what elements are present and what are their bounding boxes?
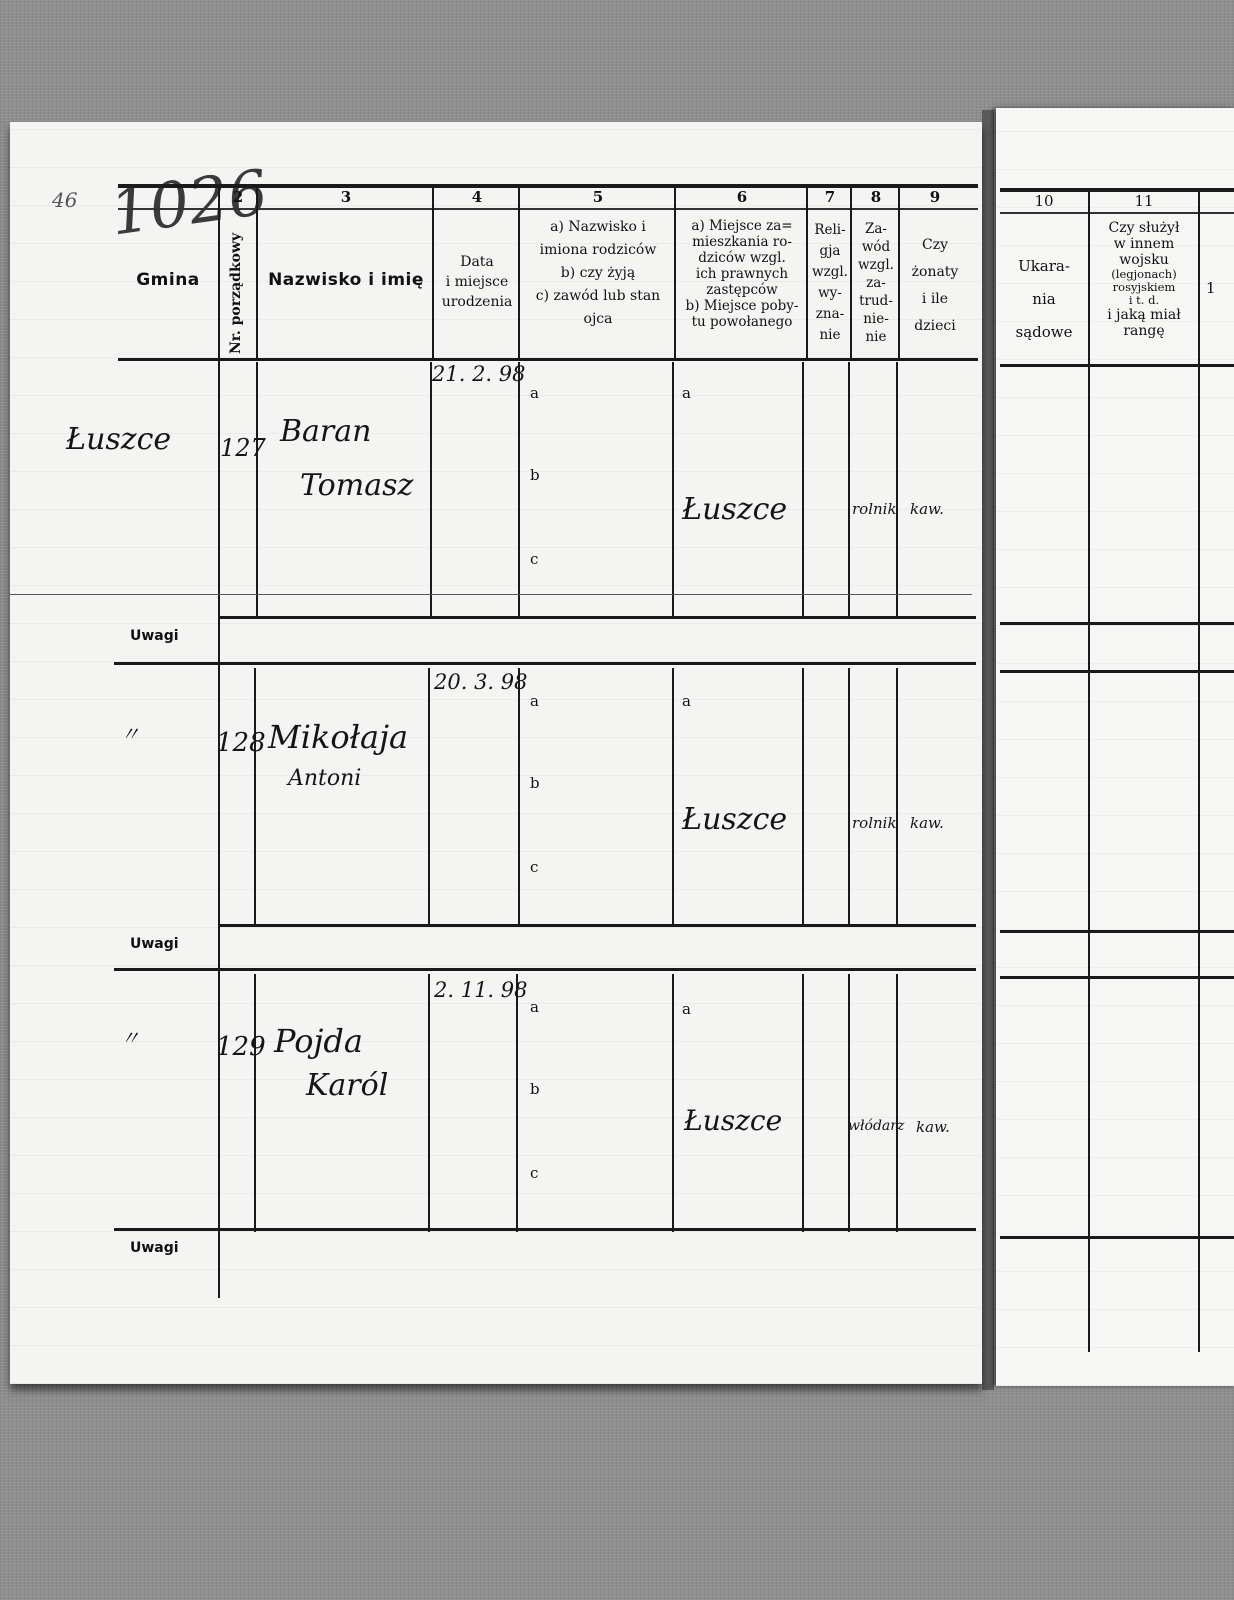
entry-residence-b: Łuszce [682,802,787,837]
col-number-4: 4 [434,188,520,206]
gmina-divider [218,358,220,1298]
entry-birth-date: 21. 2. 98 [432,362,526,386]
header-residence-line: b) Miejsce poby- [676,298,808,314]
entry-given-name: Tomasz [300,468,413,503]
header-birth-line: Data [434,252,520,272]
header-col-divider [850,188,852,358]
entry-bottom-rule [114,1228,976,1231]
entry-bottom-rule [1000,1236,1234,1239]
entry-col-divider [896,974,898,1232]
header-nazwisko-imie: Nazwisko i imię [258,272,434,289]
entry-col-divider [518,362,520,616]
header-religion-line: nie [808,325,852,346]
header-occupation-line: wód [852,238,900,256]
sublabel-a: a [682,384,691,402]
entry-bottom-rule [220,616,976,619]
header-birth: Data i miejsce urodzenia [434,252,520,312]
header-residence-line: zastępców [676,282,808,298]
entry-faint-rule [10,594,972,595]
header-occupation-line: nie [852,328,900,346]
book-gutter [982,110,994,1390]
header-religion-line: wzgl. [808,262,852,283]
header-service-line: i t. d. [1090,294,1198,307]
sublabel-a: a [682,692,691,710]
sublabel-b: b [530,466,540,484]
entry-birth-date: 2. 11. 98 [434,978,528,1002]
header-service-line: wojsku [1090,252,1198,268]
remarks-label: Uwagi [130,628,179,644]
sublabel-b: b [530,1080,540,1098]
entry-bottom-rule [1000,930,1234,933]
col-number-9: 9 [900,188,970,206]
entry-col-divider [896,668,898,924]
header-married-line: dzieci [900,313,970,340]
entry-bottom-rule [220,924,976,927]
entry-col-divider [848,668,850,924]
entry-bottom-rule [1000,622,1234,625]
header-occupation-line: Za- [852,220,900,238]
left-register-page: 46 1026 2 3 4 5 6 7 8 9 Gmina Nr. porząd… [10,122,982,1384]
col-number-5: 5 [520,188,676,206]
header-col-12-partial: 1 [1206,280,1234,297]
col-number-11: 11 [1090,192,1198,210]
page-number: 46 [52,188,77,212]
col-divider-10-11 [1088,192,1090,1352]
header-col-divider [432,188,434,358]
entry-col-divider [428,974,430,1232]
entry-col-divider [254,668,256,924]
remarks-rule [114,968,976,971]
header-gmina: Gmina [118,272,218,289]
header-service-line: i jaką miał [1090,307,1198,323]
entry-col-divider [802,668,804,924]
header-religion-line: zna- [808,304,852,325]
col-number-6: 6 [676,188,808,206]
header-number-rule [118,208,978,210]
sublabel-a: a [530,384,539,402]
header-occupation-line: za- [852,274,900,292]
header-col-divider [898,188,900,358]
header-col-divider [806,188,808,358]
header-occupation: Za- wód wzgl. za- trud- nie- nie [852,220,900,346]
entry-occupation: rolnik [852,814,897,832]
entry-col-divider [254,974,256,1232]
header-religion-line: Reli- [808,220,852,241]
entry-married: kaw. [910,814,944,832]
header-parents-line: b) czy żyją [520,262,676,285]
header-convictions: Ukara- nia sądowe [1000,250,1088,349]
header-occupation-line: nie- [852,310,900,328]
header-parents-line: c) zawód lub stan [520,285,676,308]
header-convictions-line: sądowe [1000,316,1088,349]
header-parents-line: imiona rodziców [520,239,676,262]
entry-col-divider [672,362,674,616]
entry-col-divider [518,668,520,924]
header-residence-line: ich prawnych [676,266,808,282]
header-parents-line: ojca [520,308,676,331]
sublabel-a: a [682,1000,691,1018]
header-birth-line: urodzenia [434,292,520,312]
header-nr-porzadkowy: Nr. porządkowy [228,233,244,354]
entry-gmina: 〃 [120,1022,140,1051]
header-birth-line: i miejsce [434,272,520,292]
entry-col-divider [672,668,674,924]
col-number-10: 10 [1000,192,1088,210]
entry-nr: 128 [216,728,266,758]
header-residence-line: mieszkania ro- [676,234,808,250]
sublabel-c: c [530,1164,538,1182]
header-convictions-line: Ukara- [1000,250,1088,283]
header-residence-line: tu powołanego [676,314,808,330]
entry-surname: Mikołaja [268,718,408,756]
header-occupation-line: trud- [852,292,900,310]
entry-occupation: rolnik [852,500,897,518]
header-convictions-line: nia [1000,283,1088,316]
sublabel-c: c [530,858,538,876]
header-married-line: żonaty [900,259,970,286]
header-service-line: Czy służył [1090,220,1198,236]
header-married: Czy żonaty i ile dzieci [900,232,970,340]
entry-gmina: Łuszce [66,422,171,457]
col-number-2: 2 [218,188,258,206]
header-col-divider [256,188,258,358]
header-parents-line: a) Nazwisko i [520,216,676,239]
entry-residence-b: Łuszce [682,492,787,527]
entry-col-divider [516,974,518,1232]
header-service-line: rangę [1090,323,1198,339]
entry-col-divider [802,362,804,616]
header-service: Czy służył w innem wojsku (legjonach) ro… [1090,220,1198,339]
entry-surname: Pojda [274,1022,363,1060]
entry-gmina: 〃 [120,718,140,747]
sublabel-b: b [530,774,540,792]
remarks-label: Uwagi [130,1240,179,1256]
header-married-line: Czy [900,232,970,259]
entry-col-divider [672,974,674,1232]
entry-occupation: włódarz [848,1118,904,1134]
col-number-7: 7 [808,188,852,206]
header-col-divider [674,188,676,358]
col-number-8: 8 [852,188,900,206]
header-residence-line: a) Miejsce za= [676,218,808,234]
entry-nr: 129 [216,1032,266,1062]
entry-col-divider [896,362,898,616]
header-bottom-rule [118,358,978,361]
sublabel-a: a [530,692,539,710]
right-register-page: 10 11 Ukara- nia sądowe Czy służył w inn… [996,108,1234,1386]
header-col-divider [518,188,520,358]
entry-col-divider [848,974,850,1232]
remarks-rule [1000,976,1234,979]
remarks-rule [114,662,976,665]
sublabel-c: c [530,550,538,568]
header-residence: a) Miejsce za= mieszkania ro- dziców wzg… [676,218,808,330]
header-religion-line: wy- [808,283,852,304]
remarks-label: Uwagi [130,936,179,952]
entry-col-divider [256,362,258,616]
header-occupation-line: wzgl. [852,256,900,274]
col-number-3: 3 [258,188,434,206]
remarks-rule [1000,670,1234,673]
entry-given-name: Antoni [288,766,361,791]
header-religion-line: gja [808,241,852,262]
header-married-line: i ile [900,286,970,313]
entry-col-divider [430,362,432,616]
header-service-line: w innem [1090,236,1198,252]
entry-residence-b: Łuszce [684,1104,782,1137]
header-religion: Reli- gja wzgl. wy- zna- nie [808,220,852,346]
entry-col-divider [802,974,804,1232]
entry-birth-date: 20. 3. 98 [434,670,528,694]
sublabel-a: a [530,998,539,1016]
entry-married: kaw. [910,500,944,518]
header-residence-line: dziców wzgl. [676,250,808,266]
header-col-divider [218,188,220,358]
entry-given-name: Karól [306,1068,388,1103]
header-parents: a) Nazwisko i imiona rodziców b) czy żyj… [520,216,676,331]
entry-surname: Baran [280,414,371,449]
entry-col-divider [848,362,850,616]
col-divider-11-12 [1198,192,1200,1352]
entry-married: kaw. [916,1118,950,1136]
entry-nr: 127 [220,434,266,462]
entry-col-divider [428,668,430,924]
